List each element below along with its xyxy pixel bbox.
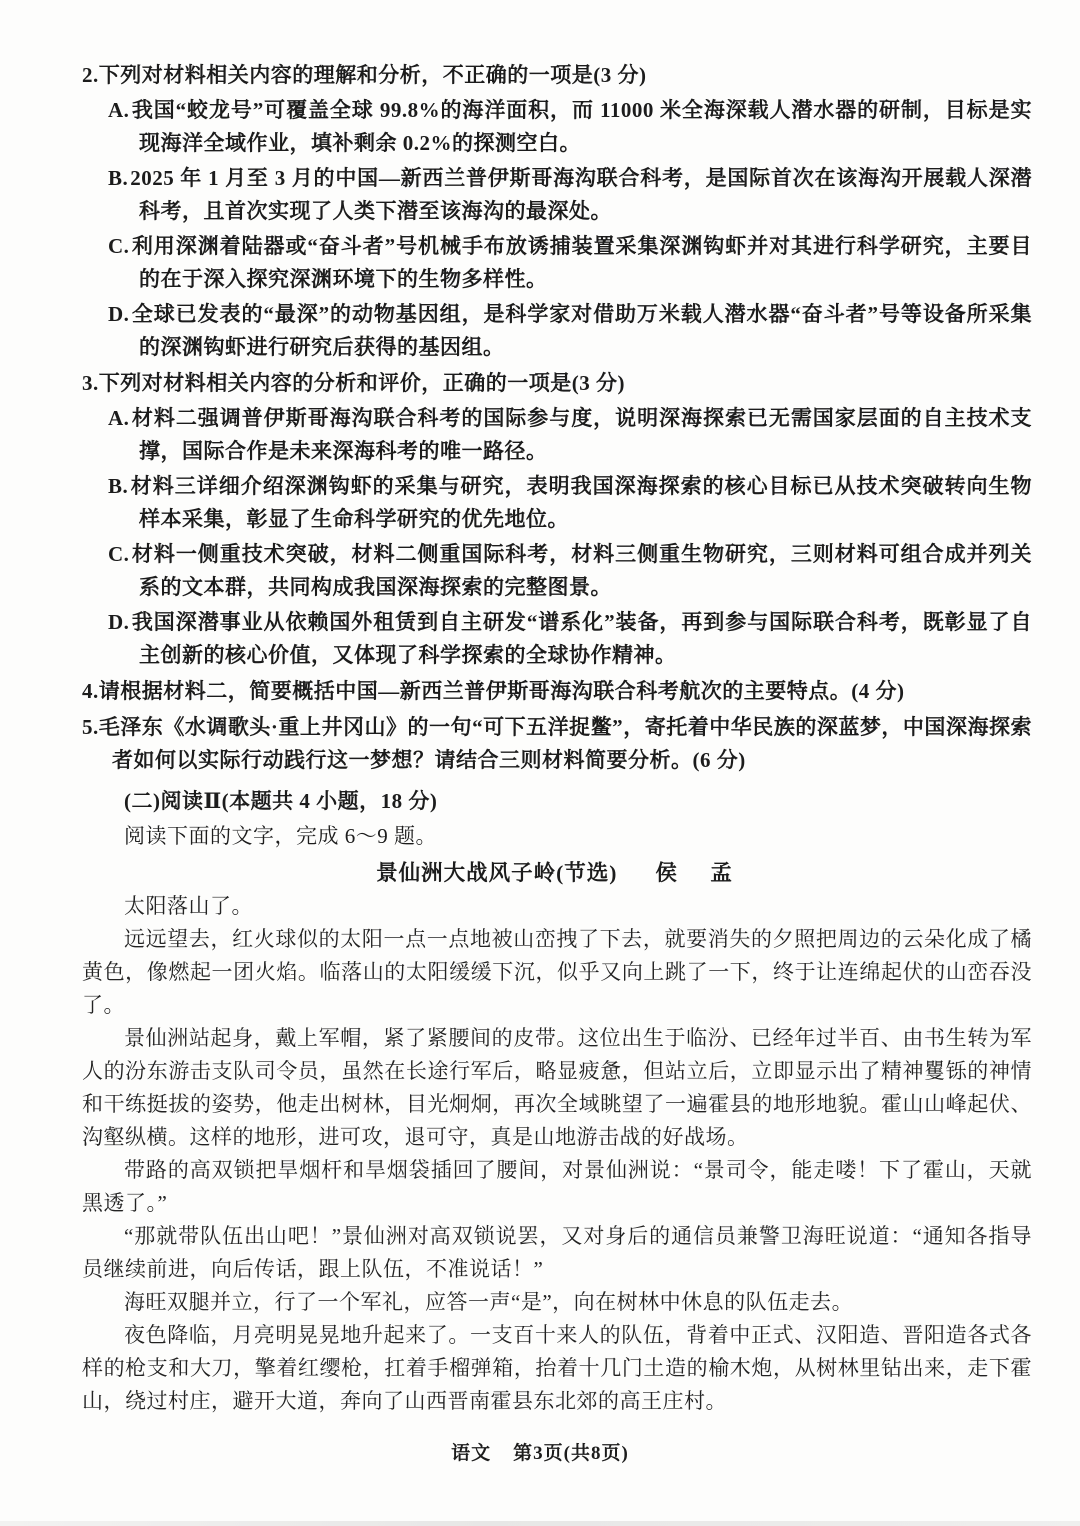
question-2-stem: 2.下列对材料相关内容的理解和分析，不正确的一项是(3 分): [82, 59, 1032, 92]
option-text: 全球已发表的“最深”的动物基因组，是科学家对借助万米载人潜水器“奋斗者”号等设备…: [131, 302, 1032, 359]
question-3: 3.下列对材料相关内容的分析和评价，正确的一项是(3 分) A.材料二强调普伊斯…: [82, 367, 1032, 672]
passage-paragraph-2: 远远望去，红火球似的太阳一点一点地被山峦拽了下去，就要消失的夕照把周边的云朵化成…: [82, 923, 1032, 1022]
passage-paragraph-7: 夜色降临，月亮明晃晃地升起来了。一支百十来人的队伍，背着中正式、汉阳造、晋阳造各…: [82, 1319, 1032, 1418]
option-label: C.: [108, 542, 129, 566]
reading-passage: 景仙洲大战风子岭(节选)侯 孟 太阳落山了。 远远望去，红火球似的太阳一点一点地…: [82, 856, 1032, 1418]
option-text: 2025 年 1 月至 3 月的中国—新西兰普伊斯哥海沟联合科考，是国际首次在该…: [130, 166, 1032, 223]
question-stem-text: 请根据材料二，简要概括中国—新西兰普伊斯哥海沟联合科考航次的主要特点。(4 分): [99, 679, 905, 703]
question-number: 2.: [82, 63, 99, 87]
question-number: 4.: [82, 679, 99, 703]
passage-paragraph-4: 带路的高双锁把旱烟杆和旱烟袋插回了腰间，对景仙洲说：“景司令，能走喽！下了霍山，…: [82, 1154, 1032, 1220]
page-footer: 语文第3页(共8页): [0, 1438, 1080, 1465]
question-3-option-a: A.材料二强调普伊斯哥海沟联合科考的国际参与度，说明深海探索已无需国家层面的自主…: [82, 402, 1032, 468]
option-label: D.: [108, 610, 129, 634]
scan-bottom-edge: [0, 1521, 1080, 1526]
option-text: 材料一侧重技术突破，材料二侧重国际科考，材料三侧重生物研究，三则材料可组合成并列…: [131, 542, 1032, 599]
passage-author: 侯 孟: [655, 861, 738, 885]
passage-title: 景仙洲大战风子岭(节选)侯 孟: [82, 856, 1032, 890]
question-5: 5.毛泽东《水调歌头·重上井冈山》的一句“可下五洋捉鳖”，寄托着中华民族的深蓝梦…: [82, 711, 1032, 777]
question-2: 2.下列对材料相关内容的理解和分析，不正确的一项是(3 分) A.我国“蛟龙号”…: [82, 59, 1032, 364]
passage-paragraph-5: “那就带队伍出山吧！”景仙洲对高双锁说罢，又对身后的通信员兼警卫海旺说道：“通知…: [82, 1220, 1032, 1286]
passage-paragraph-3: 景仙洲站起身，戴上军帽，紧了紧腰间的皮带。这位出生于临汾、已经年过半百、由书生转…: [82, 1022, 1032, 1154]
option-text: 我国深潜事业从依赖国外租赁到自主研发“谱系化”装备，再到参与国际联合科考，既彰显…: [131, 610, 1032, 667]
question-4: 4.请根据材料二，简要概括中国—新西兰普伊斯哥海沟联合科考航次的主要特点。(4 …: [82, 675, 1032, 708]
passage-paragraph-6: 海旺双腿并立，行了一个军礼，应答一声“是”，向在树林中休息的队伍走去。: [82, 1286, 1032, 1319]
question-3-option-c: C.材料一侧重技术突破，材料二侧重国际科考，材料三侧重生物研究，三则材料可组合成…: [82, 538, 1032, 604]
question-3-option-b: B.材料三详细介绍深渊钩虾的采集与研究，表明我国深海探索的核心目标已从技术突破转…: [82, 470, 1032, 536]
option-text: 材料二强调普伊斯哥海沟联合科考的国际参与度，说明深海探索已无需国家层面的自主技术…: [131, 406, 1032, 463]
question-2-option-b: B.2025 年 1 月至 3 月的中国—新西兰普伊斯哥海沟联合科考，是国际首次…: [82, 162, 1032, 228]
question-2-option-c: C.利用深渊着陆器或“奋斗者”号机械手布放诱捕装置采集深渊钩虾并对其进行科学研究…: [82, 230, 1032, 296]
question-number: 3.: [82, 371, 99, 395]
option-text: 利用深渊着陆器或“奋斗者”号机械手布放诱捕装置采集深渊钩虾并对其进行科学研究，主…: [131, 234, 1032, 291]
option-text: 我国“蛟龙号”可覆盖全球 99.8%的海洋面积，而 11000 米全海深载人潜水…: [131, 98, 1032, 155]
question-3-option-d: D.我国深潜事业从依赖国外租赁到自主研发“谱系化”装备，再到参与国际联合科考，既…: [82, 606, 1032, 672]
question-2-option-d: D.全球已发表的“最深”的动物基因组，是科学家对借助万米载人潜水器“奋斗者”号等…: [82, 298, 1032, 364]
footer-page-number: 第3页(共8页): [513, 1443, 629, 1464]
section-heading: (二)阅读Ⅱ(本题共 4 小题，18 分): [82, 785, 1032, 818]
option-text: 材料三详细介绍深渊钩虾的采集与研究，表明我国深海探索的核心目标已从技术突破转向生…: [130, 474, 1032, 531]
footer-subject: 语文: [451, 1443, 491, 1464]
section-instruction: 阅读下面的文字，完成 6～9 题。: [82, 820, 1032, 853]
passage-paragraph-1: 太阳落山了。: [82, 890, 1032, 923]
option-label: B.: [108, 474, 128, 498]
option-label: D.: [108, 302, 129, 326]
exam-paper-page: 2.下列对材料相关内容的理解和分析，不正确的一项是(3 分) A.我国“蛟龙号”…: [0, 0, 1080, 1526]
question-2-option-a: A.我国“蛟龙号”可覆盖全球 99.8%的海洋面积，而 11000 米全海深载人…: [82, 94, 1032, 160]
question-3-stem: 3.下列对材料相关内容的分析和评价，正确的一项是(3 分): [82, 367, 1032, 400]
question-number: 5.: [82, 715, 99, 739]
option-label: C.: [108, 234, 129, 258]
page-content: 2.下列对材料相关内容的理解和分析，不正确的一项是(3 分) A.我国“蛟龙号”…: [82, 56, 1032, 1418]
option-label: B.: [108, 166, 128, 190]
question-stem-text: 毛泽东《水调歌头·重上井冈山》的一句“可下五洋捉鳖”，寄托着中华民族的深蓝梦，中…: [99, 715, 1032, 772]
question-stem-text: 下列对材料相关内容的理解和分析，不正确的一项是(3 分): [99, 63, 647, 87]
option-label: A.: [108, 98, 129, 122]
question-stem-text: 下列对材料相关内容的分析和评价，正确的一项是(3 分): [99, 371, 625, 395]
passage-title-text: 景仙洲大战风子岭(节选): [376, 861, 617, 885]
option-label: A.: [108, 406, 129, 430]
